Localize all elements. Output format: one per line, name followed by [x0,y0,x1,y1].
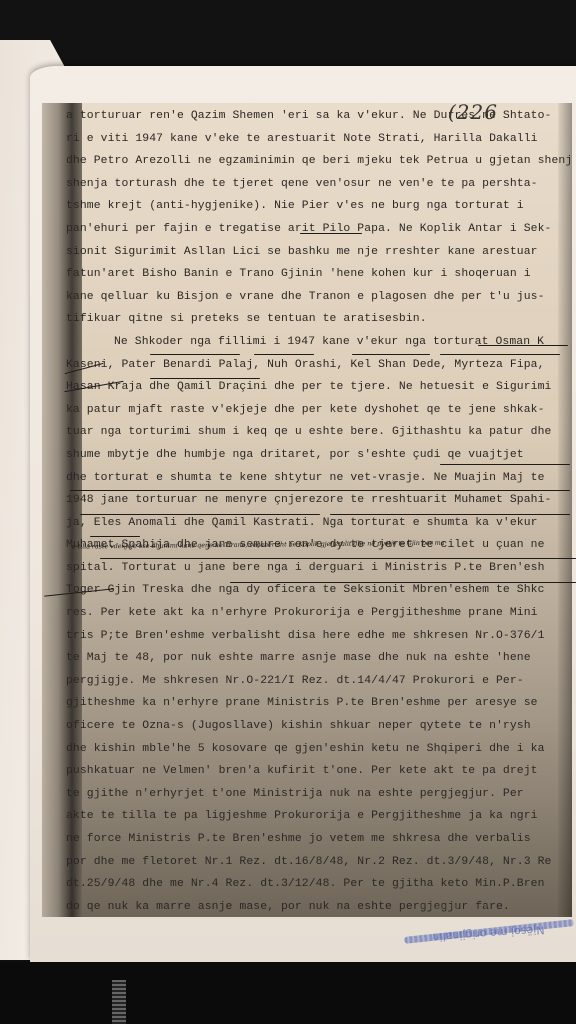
handwritten-page-number: (226 [448,100,498,124]
text-line: fatun'aret Bisho Banin e Trano Gjinin 'h… [66,263,572,286]
text-line: ne force Ministris P.te Bren'eshme jo ve… [66,828,572,851]
text-line: pan'ehuri per fajin e tregatise arit Pil… [66,218,572,241]
text-line: tris P;te Bren'eshme verbalisht disa her… [66,625,572,648]
document-body: a torturuar ren'e Qazim Shemen 'eri sa k… [66,105,572,917]
text-line: por dhe me fletoret Nr.1 Rez. dt.16/8/48… [66,851,572,874]
text-line: 1948 jane torturuar ne menyre çnjerezore… [66,489,572,512]
text-line: tifikuar qitne si preteks se tentuan te … [66,308,572,331]
text-line: Kaseni, Pater Benardi Palaj, Nuh Orashi,… [66,354,572,377]
text-line: pergjigje. Me shkresen Nr.O-221/I Rez. d… [66,670,572,693]
faded-archive-stamp: ARKIVI I MINISTRISE [398,870,488,910]
text-line: sionit Sigurimit Asllan Lici se bashku m… [66,241,572,264]
text-line: dhe Petro Arezolli ne egzaminimin qe ber… [66,150,572,173]
text-line: te gjithe n'erhyrjet t'one Ministrija nu… [66,783,572,806]
text-line: gjitheshme ka n'erhyre prane Ministris P… [66,692,572,715]
text-line: spital. Torturat u jane bere nga i dergu… [66,557,572,580]
text-line: kane qelluar ku Bisjon e vrane dhe Trano… [66,286,572,309]
text-line: Hasan Kraja dhe Qamil Draçini dhe per te… [66,376,572,399]
text-line: ri e viti 1947 kane v'eke te arestuarit … [66,128,572,151]
text-line: res. Per kete akt ka n'erhyre Prokurorij… [66,602,572,625]
text-line: shenja torturash dhe te tjeret qene ven'… [66,173,572,196]
text-line: tshme krejt (anti-hygjenike). Nie Pier v… [66,195,572,218]
text-line: oficere te Ozna-s (Jugosllave) kishin sh… [66,715,572,738]
text-line: akte te tilla te pa ligjeshme Prokurorij… [66,805,572,828]
text-line: dhe kishin mble'he 5 kosovare qe gjen'es… [66,738,572,761]
binder-spring [112,980,126,1024]
text-line: dhe torturat e shumta te kene shtytur ne… [66,467,572,490]
dark-background-top [0,0,576,70]
text-line: pushkatuar ne Velmen' bren'a kufirit t'o… [66,760,572,783]
dark-background-bottom [0,962,576,1024]
text-line: ja, Eles Anomali dhe Qamil Kastrati. Nga… [66,512,572,535]
typewritten-document: a torturuar ren'e Qazim Shemen 'eri sa k… [42,103,572,917]
text-line: ka patur mjaft raste v'ekjeje dhe per ke… [66,399,572,422]
text-line: dt.25/9/48 dhe me Nr.4 Rez. dt.3/12/48. … [66,873,572,896]
text-line: te Maj te 48, por nuk eshte marre asnje … [66,647,572,670]
text-line: tuar nga torturimi shum i keq qe u eshte… [66,421,572,444]
paragraph-start-line: Ne Shkoder nga fillimi i 1947 kane v'eku… [66,331,572,354]
